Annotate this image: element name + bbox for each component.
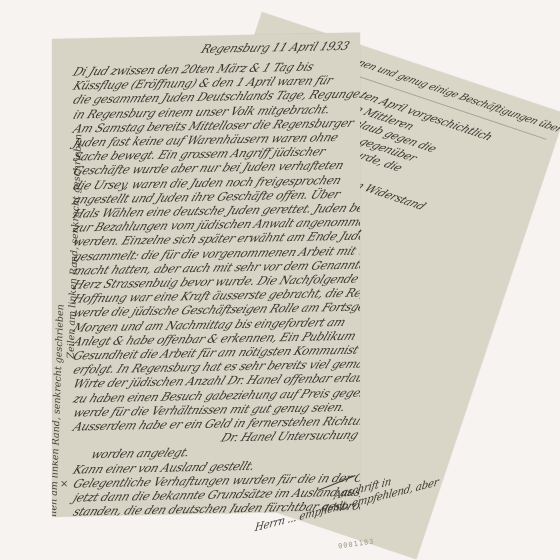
handwritten-line: worden angelegt. [89,445,192,461]
margin-cross-mark: × [60,479,68,490]
letter-page-front: Regensburg 11 April 1933 Di Jud zwissen … [52,33,360,517]
handwritten-line: Dr. Hanel Untersuchung [219,428,360,445]
archive-stamp: 0001183 [338,537,375,550]
letter-date-header: Regensburg 11 April 1933 [199,39,351,56]
front-page-body: Di Jud zwissen den 20ten März & 1 Tag bi… [52,33,360,39]
